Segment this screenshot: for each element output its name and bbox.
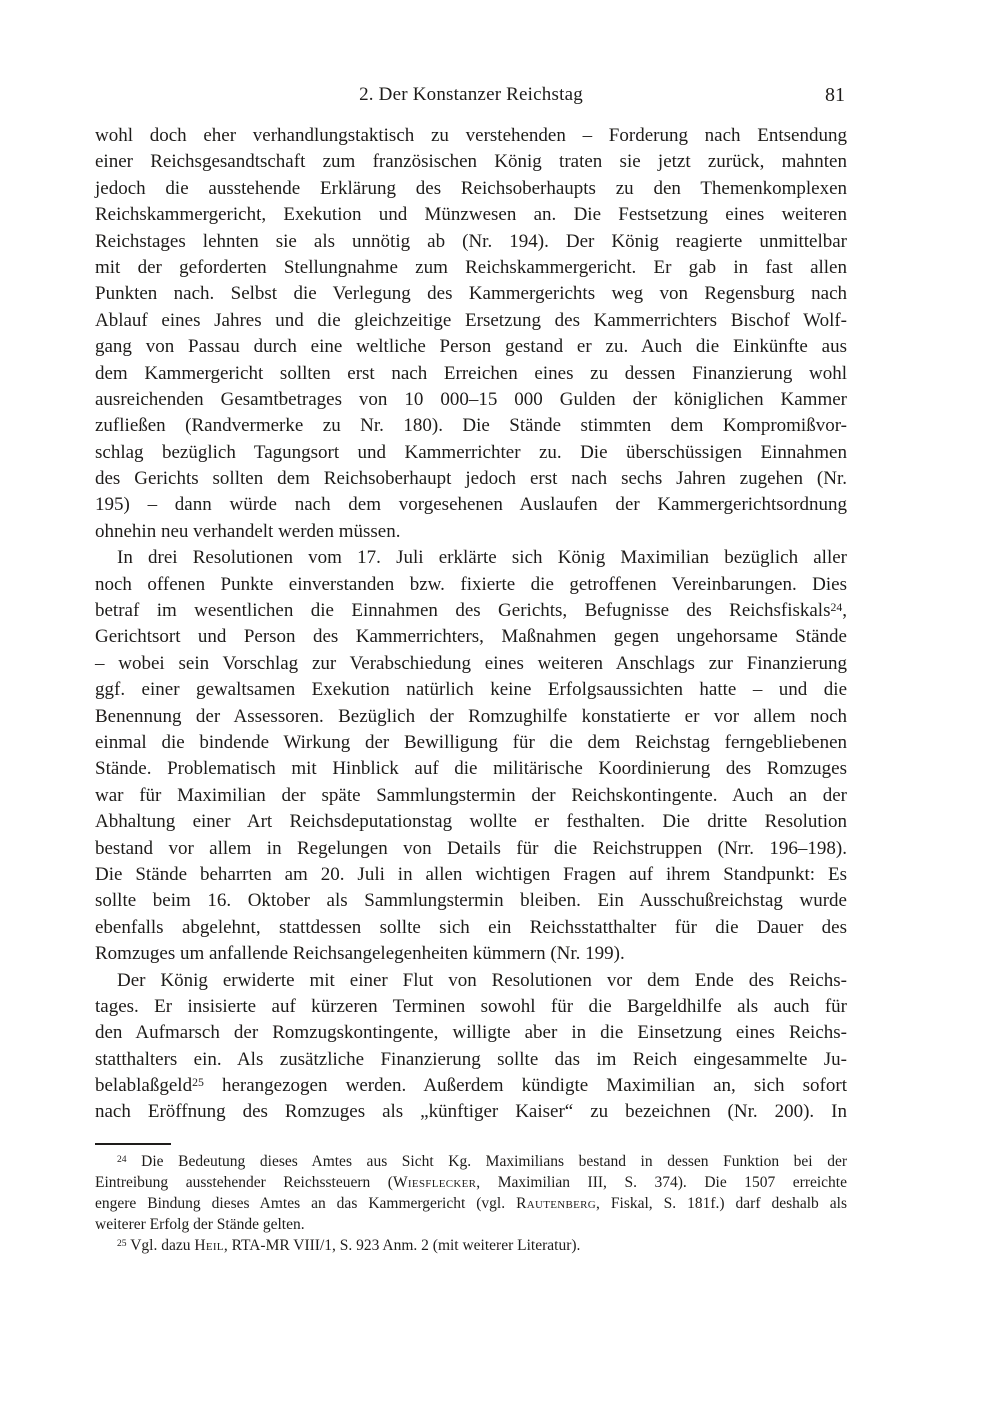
footnote-marker: 25 <box>192 1076 204 1089</box>
text-line: Ablauf eines Jahres und die gleichzeitig… <box>95 308 847 334</box>
text-segment: statthalters ein. Als zusätzliche Finanz… <box>95 1049 847 1070</box>
text-block: 2. Der Konstanzer Reichstag 81 wohl doch… <box>95 83 847 1256</box>
text-line: Abhaltung einer Art Reichsdeputationstag… <box>95 809 847 835</box>
text-line: ausreichenden Gesamtbetrages von 10 000–… <box>95 387 847 413</box>
text-line: zufließen (Randvermerke zu Nr. 180). Die… <box>95 413 847 439</box>
text-line: – wobei sein Vorschlag zur Verabschiedun… <box>95 651 847 677</box>
text-segment: Reichskammergericht, Exekution und Münzw… <box>95 204 847 225</box>
text-line: nach Eröffnung des Romzuges als „künftig… <box>95 1099 847 1125</box>
text-line: Benennung der Assessoren. Bezüglich der … <box>95 704 847 730</box>
text-segment: ausreichenden Gesamtbetrages von 10 000–… <box>95 389 847 410</box>
text-segment: 195) – dann würde nach dem vorgesehenen … <box>95 494 847 515</box>
text-segment: betraf im wesentlichen die Einnahmen des… <box>95 600 830 621</box>
text-line: des Gerichts sollten dem Reichsoberhaupt… <box>95 466 847 492</box>
text-segment: Ablauf eines Jahres und die gleichzeitig… <box>95 310 847 331</box>
text-line: 24 Die Bedeutung dieses Amtes aus Sicht … <box>95 1151 847 1172</box>
text-line: betraf im wesentlichen die Einnahmen des… <box>95 598 847 624</box>
text-segment: belablaßgeld <box>95 1075 192 1096</box>
footnote-marker: 25 <box>117 1238 127 1249</box>
text-segment: , Fiskal, S. 181f.) darf deshalb als <box>596 1195 847 1212</box>
text-segment: , Maximilian III, S. 374). Die 1507 erre… <box>476 1174 847 1191</box>
text-line: noch offenen Punkte einverstanden bzw. f… <box>95 572 847 598</box>
text-segment: ebenfalls abgelehnt, stattdessen sollte … <box>95 917 847 938</box>
text-segment: ggf. einer gewaltsamen Exekution natürli… <box>95 679 847 700</box>
text-line: einmal die bindende Wirkung der Bewillig… <box>95 730 847 756</box>
text-segment: weiterer Erfolg der Stände gelten. <box>95 1216 305 1233</box>
text-segment: Die Bedeutung dieses Amtes aus Sicht Kg.… <box>127 1153 847 1170</box>
text-segment: Punkten nach. Selbst die Verlegung des K… <box>95 283 847 304</box>
paragraph-3: Der König erwiderte mit einer Flut von R… <box>95 968 847 1126</box>
author-small-caps: Wiesflecker <box>393 1174 476 1191</box>
page-number: 81 <box>825 83 845 107</box>
text-line: Reichskammergericht, Exekution und Münzw… <box>95 202 847 228</box>
text-line: Punkten nach. Selbst die Verlegung des K… <box>95 281 847 307</box>
body-text: wohl doch eher verhandlungstaktisch zu v… <box>95 123 847 1126</box>
page-header: 2. Der Konstanzer Reichstag 81 <box>95 83 847 107</box>
author-small-caps: Rautenberg <box>516 1195 596 1212</box>
text-line: Eintreibung ausstehender Reichssteuern (… <box>95 1172 847 1193</box>
text-segment: Stände. Problematisch mit Hinblick auf d… <box>95 758 847 779</box>
text-line: schlag bezüglich Tagungsort und Kammerri… <box>95 440 847 466</box>
text-line: ohnehin neu verhandelt werden müssen. <box>95 519 847 545</box>
text-segment: Abhaltung einer Art Reichsdeputationstag… <box>95 811 847 832</box>
paragraph-2: In drei Resolutionen vom 17. Juli erklär… <box>95 545 847 967</box>
text-segment: engere Bindung dieses Amtes an das Kamme… <box>95 1195 516 1212</box>
text-line: jedoch die ausstehende Erklärung des Rei… <box>95 176 847 202</box>
text-line: 25 Vgl. dazu Heil, RTA-MR VIII/1, S. 923… <box>95 1235 847 1256</box>
footnotes-section: 24 Die Bedeutung dieses Amtes aus Sicht … <box>95 1151 847 1256</box>
text-line: Stände. Problematisch mit Hinblick auf d… <box>95 756 847 782</box>
text-segment: Reichstages lehnten sie als unnötig ab (… <box>95 231 847 252</box>
text-segment: mit der geforderten Stellungnahme zum Re… <box>95 257 847 278</box>
text-segment: , RTA-MR VIII/1, S. 923 Anm. 2 (mit weit… <box>224 1237 581 1254</box>
running-head: 2. Der Konstanzer Reichstag <box>95 83 847 107</box>
text-segment: sollte beim 16. Oktober als Sammlungster… <box>95 890 847 911</box>
text-segment: tages. Er insisierte auf kürzeren Termin… <box>95 996 847 1017</box>
text-line: Reichstages lehnten sie als unnötig ab (… <box>95 229 847 255</box>
text-segment: des Gerichts sollten dem Reichsoberhaupt… <box>95 468 847 489</box>
text-line: den Aufmarsch der Romzugskontingente, wi… <box>95 1020 847 1046</box>
text-segment: Der König erwiderte mit einer Flut von R… <box>117 970 847 991</box>
text-line: In drei Resolutionen vom 17. Juli erklär… <box>95 545 847 571</box>
text-segment: Vgl. dazu <box>127 1237 195 1254</box>
text-line: Die Stände beharrten am 20. Juli in alle… <box>95 862 847 888</box>
text-segment: einer Reichsgesandtschaft zum französisc… <box>95 151 847 172</box>
text-line: bestand vor allem in Regelungen von Deta… <box>95 836 847 862</box>
text-line: Romzuges um anfallende Reichsangelegenhe… <box>95 941 847 967</box>
text-line: Der König erwiderte mit einer Flut von R… <box>95 968 847 994</box>
footnote-24: 24 Die Bedeutung dieses Amtes aus Sicht … <box>95 1151 847 1235</box>
text-segment: Die Stände beharrten am 20. Juli in alle… <box>95 864 847 885</box>
author-small-caps: Heil <box>194 1237 224 1254</box>
text-line: ebenfalls abgelehnt, stattdessen sollte … <box>95 915 847 941</box>
text-line: statthalters ein. Als zusätzliche Finanz… <box>95 1047 847 1073</box>
text-line: 195) – dann würde nach dem vorgesehenen … <box>95 492 847 518</box>
text-segment: zufließen (Randvermerke zu Nr. 180). Die… <box>95 415 847 436</box>
text-segment: schlag bezüglich Tagungsort und Kammerri… <box>95 442 847 463</box>
text-line: tages. Er insisierte auf kürzeren Termin… <box>95 994 847 1020</box>
text-line: sollte beim 16. Oktober als Sammlungster… <box>95 888 847 914</box>
text-segment: – wobei sein Vorschlag zur Verabschiedun… <box>95 653 847 674</box>
text-segment: herangezogen werden. Außerdem kündigte M… <box>204 1075 847 1096</box>
footnote-marker: 24 <box>830 601 842 614</box>
text-segment: Gerichtsort und Person des Kammerrichter… <box>95 626 847 647</box>
text-line: dem Kammergericht sollten erst nach Erre… <box>95 361 847 387</box>
footnote-25: 25 Vgl. dazu Heil, RTA-MR VIII/1, S. 923… <box>95 1235 847 1256</box>
text-line: gang von Passau durch eine weltliche Per… <box>95 334 847 360</box>
paragraph-1: wohl doch eher verhandlungstaktisch zu v… <box>95 123 847 545</box>
footnote-marker: 24 <box>117 1154 127 1165</box>
text-segment: Benennung der Assessoren. Bezüglich der … <box>95 706 847 727</box>
text-line: mit der geforderten Stellungnahme zum Re… <box>95 255 847 281</box>
footnote-separator <box>95 1143 171 1145</box>
text-segment: Eintreibung ausstehender Reichssteuern ( <box>95 1174 393 1191</box>
text-segment: war für Maximilian der späte Sammlungste… <box>95 785 847 806</box>
text-segment: In drei Resolutionen vom 17. Juli erklär… <box>117 547 847 568</box>
text-segment: Romzuges um anfallende Reichsangelegenhe… <box>95 943 625 964</box>
text-segment: wohl doch eher verhandlungstaktisch zu v… <box>95 125 847 146</box>
text-line: wohl doch eher verhandlungstaktisch zu v… <box>95 123 847 149</box>
text-line: ggf. einer gewaltsamen Exekution natürli… <box>95 677 847 703</box>
text-segment: gang von Passau durch eine weltliche Per… <box>95 336 847 357</box>
text-line: belablaßgeld25 herangezogen werden. Auße… <box>95 1073 847 1099</box>
text-segment: einmal die bindende Wirkung der Bewillig… <box>95 732 847 753</box>
book-page: 2. Der Konstanzer Reichstag 81 wohl doch… <box>0 0 1004 1418</box>
text-segment: nach Eröffnung des Romzuges als „künftig… <box>95 1101 847 1122</box>
text-line: war für Maximilian der späte Sammlungste… <box>95 783 847 809</box>
text-segment: den Aufmarsch der Romzugskontingente, wi… <box>95 1022 847 1043</box>
text-line: Gerichtsort und Person des Kammerrichter… <box>95 624 847 650</box>
text-line: engere Bindung dieses Amtes an das Kamme… <box>95 1193 847 1214</box>
text-segment: bestand vor allem in Regelungen von Deta… <box>95 838 847 859</box>
text-segment: noch offenen Punkte einverstanden bzw. f… <box>95 574 847 595</box>
text-line: einer Reichsgesandtschaft zum französisc… <box>95 149 847 175</box>
text-segment: , <box>842 600 847 621</box>
text-segment: ohnehin neu verhandelt werden müssen. <box>95 521 401 542</box>
text-line: weiterer Erfolg der Stände gelten. <box>95 1214 847 1235</box>
text-segment: jedoch die ausstehende Erklärung des Rei… <box>95 178 847 199</box>
text-segment: dem Kammergericht sollten erst nach Erre… <box>95 363 847 384</box>
